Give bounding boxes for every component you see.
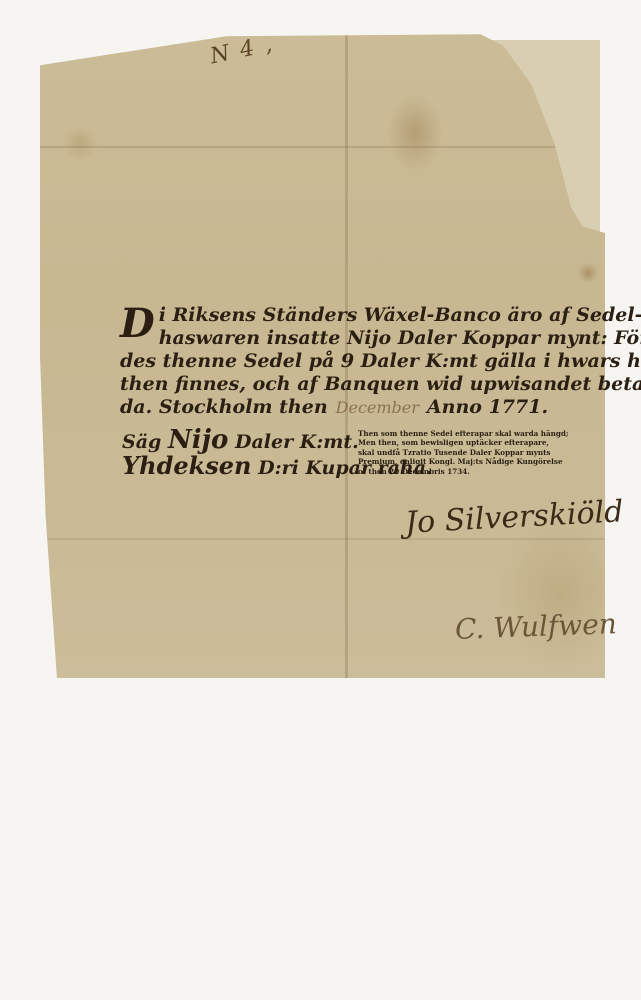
value-prefix: Säg — [122, 431, 161, 453]
fine-print-line: of then 20 Decembris 1734. — [358, 467, 598, 476]
main-text-line-1: i Riksens Ständers Wäxel-Banco äro af Se… — [120, 304, 590, 327]
value-amount-finnish: Yhdeksen — [122, 451, 252, 480]
fine-print-line: Premium, enligit Kongl. Maj:ts Nådige Ku… — [358, 457, 598, 466]
fine-print-line: skal undfå Tzratio Tusende Daler Koppar … — [358, 448, 598, 457]
decorated-initial: D — [120, 304, 155, 344]
horizontal-fold-line — [40, 146, 605, 148]
horizontal-fold-line-lower — [40, 538, 605, 540]
signature-second: C. Wulfwen — [454, 607, 617, 646]
main-text-line-4: then finnes, och af Banquen wid upwisand… — [120, 373, 590, 396]
handwritten-date: December — [336, 398, 419, 417]
fine-print-line: Then som thenne Sedel efterapar skal war… — [358, 429, 598, 438]
main-text-line-2: haswaren insatte Nijo Daler Koppar mynt:… — [120, 327, 590, 350]
banknote-main-text: D i Riksens Ständers Wäxel-Banco äro af … — [120, 304, 590, 419]
value-unit-swedish: Daler K:mt. — [235, 431, 359, 453]
place-text: da. Stockholm then — [120, 396, 328, 418]
year-text: Anno 1771. — [427, 396, 548, 418]
main-text-line-5: da. Stockholm thenDecemberAnno 1771. — [120, 396, 590, 419]
fine-print-line: Men then, som bewisligen uptäcker eftera… — [358, 438, 598, 447]
counterfeit-warning-text: Then som thenne Sedel efterapar skal war… — [358, 429, 598, 476]
main-text-line-3: des thenne Sedel på 9 Daler K:mt gälla i… — [120, 350, 590, 373]
